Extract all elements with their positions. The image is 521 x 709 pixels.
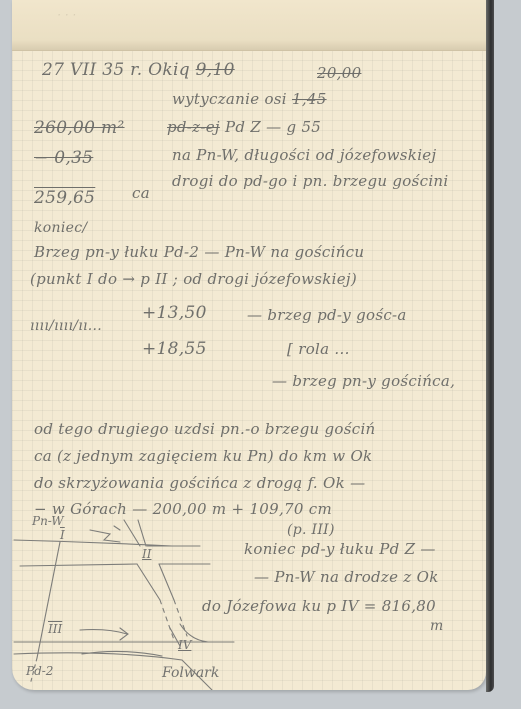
struck-area: 260,00 m² <box>34 118 125 138</box>
line-8: Brzeg pn-y łuku Pd-2 — Pn-W na gościńcu <box>34 243 364 261</box>
notebook-page: · · · 27 VII 35 r. Okiq 9,10 20,00 wytyc… <box>12 0 486 690</box>
measure-1: +13,50 <box>142 303 207 323</box>
line-5: drogi do pd-go i pn. brzegu gościni <box>172 172 448 190</box>
struck-right-value: 20,00 <box>317 64 361 82</box>
scanned-notebook: · · · 27 VII 35 r. Okiq 9,10 20,00 wytyc… <box>0 0 521 709</box>
measure-1-desc: — brzeg pd-y gośc-a <box>247 306 407 324</box>
notebook-binding-edge <box>486 0 494 692</box>
sketch-label-point-2: II <box>142 547 151 561</box>
line-9: (punkt I do → p II ; od drogi józefowski… <box>30 270 357 288</box>
date-text: 27 VII 35 r. Okiq <box>42 60 190 80</box>
line-18: koniec pd-y łuku Pd Z — <box>244 540 436 558</box>
bleed-through-text: · · · <box>57 8 76 22</box>
line-3-struck-prefix: pd-z-ej <box>167 118 220 136</box>
struck-value: 9,10 <box>196 60 235 80</box>
total-suffix: ca <box>132 184 150 202</box>
line-3-text: Pd Z — g 55 <box>225 118 321 136</box>
line-15: do skrzyżowania gościńca z drogą f. Ok — <box>34 474 365 492</box>
line-3-right: pd-z-ej Pd Z — g 55 <box>167 118 321 136</box>
total-value: 259,65 <box>34 188 95 208</box>
struck-subtraction: − 0,35 <box>34 148 93 168</box>
line-2-struck: 1,45 <box>292 90 327 108</box>
sketch-label-folwark: Folwark <box>162 665 219 681</box>
line-13: od tego drugiego uzdsi pn.-o brzegu gośc… <box>34 420 376 438</box>
unit-mark: m <box>430 618 444 634</box>
sketch-label-point-1: I <box>60 528 65 542</box>
tally-marks: ıııı/ıııı/ıı... <box>30 318 102 334</box>
koniec-note: koniec/ <box>34 220 87 236</box>
date-line: 27 VII 35 r. Okiq 9,10 <box>42 60 235 80</box>
sketch-label-pn-w: Pn-W <box>32 514 64 528</box>
sketch-label-pd-2: Pd-2 <box>26 664 53 678</box>
measure-2: +18,55 <box>142 339 207 359</box>
folded-top-flap: · · · <box>12 0 486 51</box>
line-2-text: wytyczanie osi <box>172 90 287 108</box>
line-20: do Józefowa ku p IV = 816,80 <box>202 597 436 615</box>
line-12: — brzeg pn-y gościńca, <box>272 372 455 390</box>
sketch-label-point-3: III <box>48 622 62 636</box>
line-16: − w Górach — 200,00 m + 109,70 cm <box>34 500 332 518</box>
sketch-label-point-4: IV <box>178 638 191 652</box>
measure-2-note: [ rola ... <box>287 340 350 358</box>
line-2: wytyczanie osi 1,45 <box>172 90 327 108</box>
line-14: ca (z jednym zagięciem ku Pn) do km w Ok <box>34 447 372 465</box>
line-4-right: na Pn-W, długości od józefowskiej <box>172 146 436 164</box>
line-19: — Pn-W na drodze z Ok <box>254 568 439 586</box>
point-ref-note: (p. III) <box>287 522 335 538</box>
